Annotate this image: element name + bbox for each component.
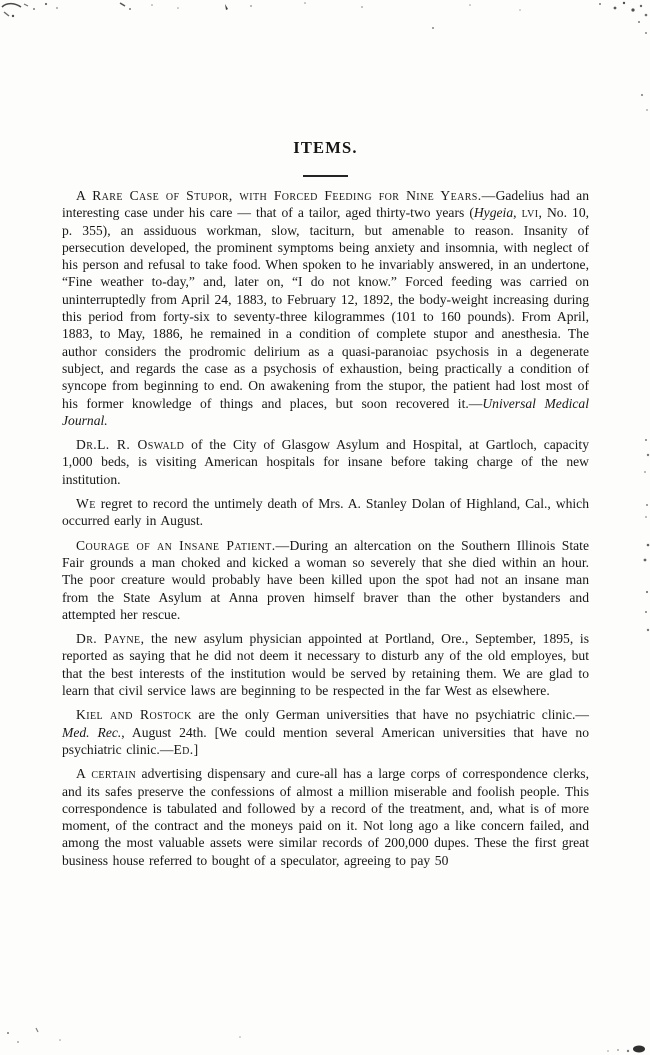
paragraph: Dr. Payne, the new asylum physician appo… — [62, 630, 589, 699]
scanned-journal-page: ITEMS. A Rare Case of Stupor, with Force… — [0, 0, 650, 1055]
text-segment: We — [76, 496, 96, 511]
text-segment: Dr.L. R. Oswald — [76, 437, 184, 452]
paragraph: A Rare Case of Stupor, with Forced Feedi… — [62, 187, 589, 429]
text-segment: Kiel and Rostock — [76, 707, 192, 722]
text-segment: are the only German universities that ha… — [192, 707, 589, 722]
text-segment: , August 24th. [We could mention several… — [62, 725, 589, 757]
text-segment: regret to record the untimely death of M… — [62, 496, 589, 528]
paragraph: Kiel and Rostock are the only German uni… — [62, 706, 589, 758]
text-segment: lvi — [522, 205, 539, 220]
text-segment: A Rare Case of Stupor, with Forced Feedi… — [76, 188, 496, 203]
text-segment: Hygeia — [474, 205, 513, 220]
text-segment: Courage of an Insane Patient.— — [76, 538, 290, 553]
text-segment: , No. 10, p. 355), an assiduous workman,… — [62, 205, 589, 410]
paragraph: A certain advertising dispensary and cur… — [62, 765, 589, 869]
title-divider — [303, 175, 348, 177]
text-segment: Dr. Payne, — [76, 631, 144, 646]
text-segment: advertising dispensary and cure-all has … — [62, 766, 589, 867]
paragraph: Dr.L. R. Oswald of the City of Glasgow A… — [62, 436, 589, 488]
text-segment: ] — [194, 742, 199, 757]
article-body: A Rare Case of Stupor, with Forced Feedi… — [62, 187, 589, 876]
text-segment: , — [513, 205, 521, 220]
text-segment: Med. Rec. — [62, 725, 121, 740]
page-title: ITEMS. — [62, 138, 589, 158]
paragraph: Courage of an Insane Patient.—During an … — [62, 537, 589, 623]
paragraph: We regret to record the untimely death o… — [62, 495, 589, 530]
text-segment: Ed. — [173, 742, 193, 757]
text-segment: A certain — [76, 766, 136, 781]
